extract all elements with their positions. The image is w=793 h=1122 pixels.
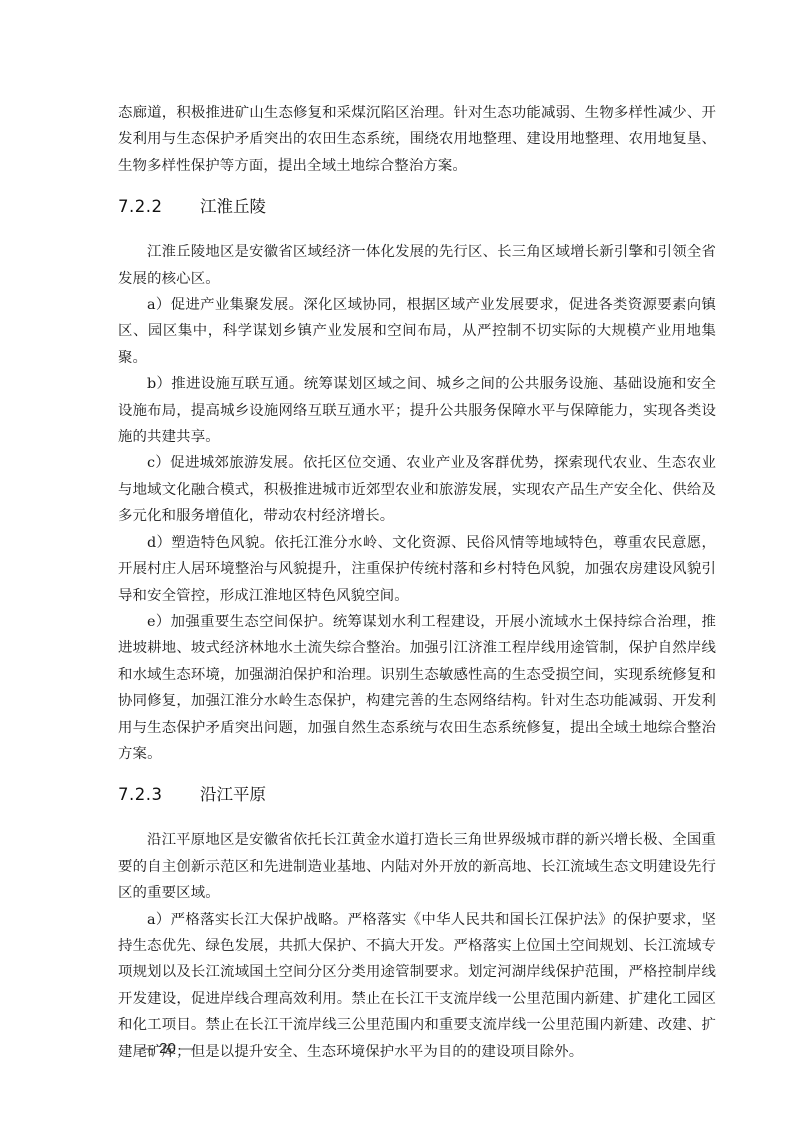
footer-dash-left: — [140, 1040, 155, 1057]
page-footer: — 20 — [140, 1040, 195, 1057]
paragraph: e）加强重要生态空间保护。统筹谋划水利工程建设，开展小流域水土保持综合治理，推进… [118, 609, 716, 767]
section-number: 7.2.2 [118, 195, 200, 219]
paragraph: a）严格落实长江大保护战略。严格落实《中华人民共和国长江保护法》的保护要求，坚持… [118, 907, 716, 1065]
section-number: 7.2.3 [118, 783, 200, 807]
page-number: 20 [159, 1040, 176, 1057]
section-heading-7-2-2: 7.2.2江淮丘陵 [118, 195, 716, 219]
paragraph: d）塑造特色风貌。依托江淮分水岭、文化资源、民俗风情等地域特色，尊重农民意愿，开… [118, 530, 716, 609]
continuation-paragraph: 态廊道，积极推进矿山生态修复和采煤沉陷区治理。针对生态功能减弱、生物多样性减少、… [118, 100, 716, 179]
paragraph: b）推进设施互联互通。统筹谋划区域之间、城乡之间的公共服务设施、基础设施和安全设… [118, 371, 716, 450]
footer-dash-right: — [180, 1040, 195, 1057]
paragraph: a）促进产业集聚发展。深化区域协同，根据区域产业发展要求，促进各类资源要素向镇区… [118, 292, 716, 371]
section-title: 沿江平原 [200, 785, 266, 804]
paragraph: 江淮丘陵地区是安徽省区域经济一体化发展的先行区、长三角区域增长新引擎和引领全省发… [118, 239, 716, 292]
section-heading-7-2-3: 7.2.3沿江平原 [118, 783, 716, 807]
paragraph: c）促进城郊旅游发展。依托区位交通、农业产业及客群优势，探索现代农业、生态农业与… [118, 450, 716, 529]
document-page: 态廊道，积极推进矿山生态修复和采煤沉陷区治理。针对生态功能减弱、生物多样性减少、… [118, 100, 716, 1065]
section-title: 江淮丘陵 [200, 197, 266, 216]
paragraph: 沿江平原地区是安徽省依托长江黄金水道打造长三角世界级城市群的新兴增长极、全国重要… [118, 827, 716, 906]
